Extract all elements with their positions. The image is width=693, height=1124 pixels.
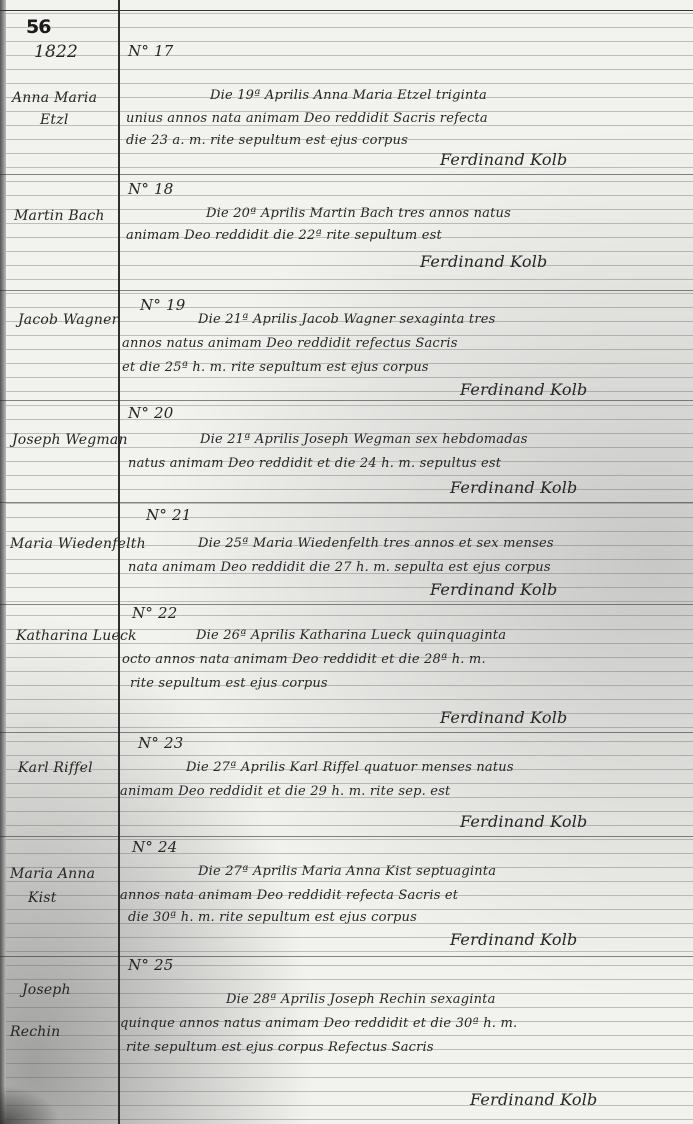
entry-line: unius annos nata animam Deo reddidit Sac… xyxy=(126,111,488,126)
entry-line: Die 19ª Aprilis Anna Maria Etzel trigint… xyxy=(210,88,487,103)
entry-number: N° 17 xyxy=(128,42,173,60)
entry-line: die 30ª h. m. rite sepultum est ejus cor… xyxy=(128,910,417,925)
signature: Ferdinand Kolb xyxy=(430,580,558,599)
signature: Ferdinand Kolb xyxy=(420,252,548,271)
signature: Ferdinand Kolb xyxy=(470,1090,598,1109)
entry-line: nata animam Deo reddidit die 27 h. m. se… xyxy=(128,560,551,575)
margin-name: Kist xyxy=(28,890,57,906)
entry-line: annos nata animam Deo reddidit refecta S… xyxy=(120,888,458,903)
entry-line: Die 28ª Aprilis Joseph Rechin sexaginta xyxy=(226,992,496,1007)
entry-number: N° 20 xyxy=(128,404,173,422)
entry-line: Die 21ª Aprilis Joseph Wegman sex hebdom… xyxy=(200,432,528,447)
margin-name: Etzl xyxy=(40,112,69,128)
entry-line: Die 20ª Aprilis Martin Bach tres annos n… xyxy=(206,206,511,221)
entry-separator xyxy=(0,732,693,733)
entry-line: quinque annos natus animam Deo reddidit … xyxy=(120,1016,517,1031)
entry-number: N° 21 xyxy=(146,506,191,524)
signature: Ferdinand Kolb xyxy=(460,380,588,399)
entry-line: die 23 a. m. rite sepultum est ejus corp… xyxy=(126,133,408,148)
entry-line: Die 27ª Aprilis Maria Anna Kist septuagi… xyxy=(198,864,496,879)
margin-name: Martin Bach xyxy=(14,208,105,224)
margin-name: Katharina Lueck xyxy=(16,628,137,644)
entry-separator xyxy=(0,400,693,401)
entry-line: animam Deo reddidit die 22ª rite sepultu… xyxy=(126,228,442,243)
entry-number: N° 19 xyxy=(140,296,185,314)
entry-separator xyxy=(0,290,693,291)
margin-name: Maria Wiedenfelth xyxy=(10,536,146,552)
entry-separator xyxy=(0,174,693,175)
entry-number: N° 22 xyxy=(132,604,177,622)
entry-number: N° 18 xyxy=(128,180,173,198)
entry-number: N° 23 xyxy=(138,734,183,752)
signature: Ferdinand Kolb xyxy=(440,708,568,727)
entry-line: rite sepultum est ejus corpus Refectus S… xyxy=(126,1040,434,1055)
entry-line: Die 26ª Aprilis Katharina Lueck quinquag… xyxy=(196,628,506,643)
signature: Ferdinand Kolb xyxy=(440,150,568,169)
register-year: 1822 xyxy=(34,42,78,62)
signature: Ferdinand Kolb xyxy=(450,930,578,949)
entry-separator xyxy=(0,956,693,957)
margin-name: Joseph Wegman xyxy=(12,432,128,448)
margin-name: Maria Anna xyxy=(10,866,95,882)
signature: Ferdinand Kolb xyxy=(460,812,588,831)
margin-name: Jacob Wagner xyxy=(18,312,119,328)
entry-line: Die 21ª Aprilis Jacob Wagner sexaginta t… xyxy=(198,312,496,327)
entry-line: Die 27ª Aprilis Karl Riffel quatuor mens… xyxy=(186,760,514,775)
entry-separator xyxy=(0,604,693,605)
top-rule xyxy=(0,10,693,11)
register-page: 56 1822 N° 17 Anna Maria Etzl Die 19ª Ap… xyxy=(0,0,693,1124)
signature: Ferdinand Kolb xyxy=(450,478,578,497)
margin-name: Joseph xyxy=(22,982,71,998)
entry-line: et die 25ª h. m. rite sepultum est ejus … xyxy=(122,360,429,375)
entry-number: N° 25 xyxy=(128,956,173,974)
scan-smudge xyxy=(0,1085,60,1124)
entry-separator xyxy=(0,836,693,837)
margin-name: Rechin xyxy=(10,1024,60,1040)
page-number: 56 xyxy=(26,16,50,38)
entry-line: Die 25ª Maria Wiedenfelth tres annos et … xyxy=(198,536,554,551)
entry-line: octo annos nata animam Deo reddidit et d… xyxy=(122,652,486,667)
entry-separator xyxy=(0,502,693,503)
margin-name: Karl Riffel xyxy=(18,760,93,776)
entry-line: animam Deo reddidit et die 29 h. m. rite… xyxy=(120,784,450,799)
entry-line: rite sepultum est ejus corpus xyxy=(130,676,328,691)
entry-line: annos natus animam Deo reddidit refectus… xyxy=(122,336,458,351)
entry-line: natus animam Deo reddidit et die 24 h. m… xyxy=(128,456,501,471)
entry-number: N° 24 xyxy=(132,838,177,856)
margin-name: Anna Maria xyxy=(12,90,97,106)
